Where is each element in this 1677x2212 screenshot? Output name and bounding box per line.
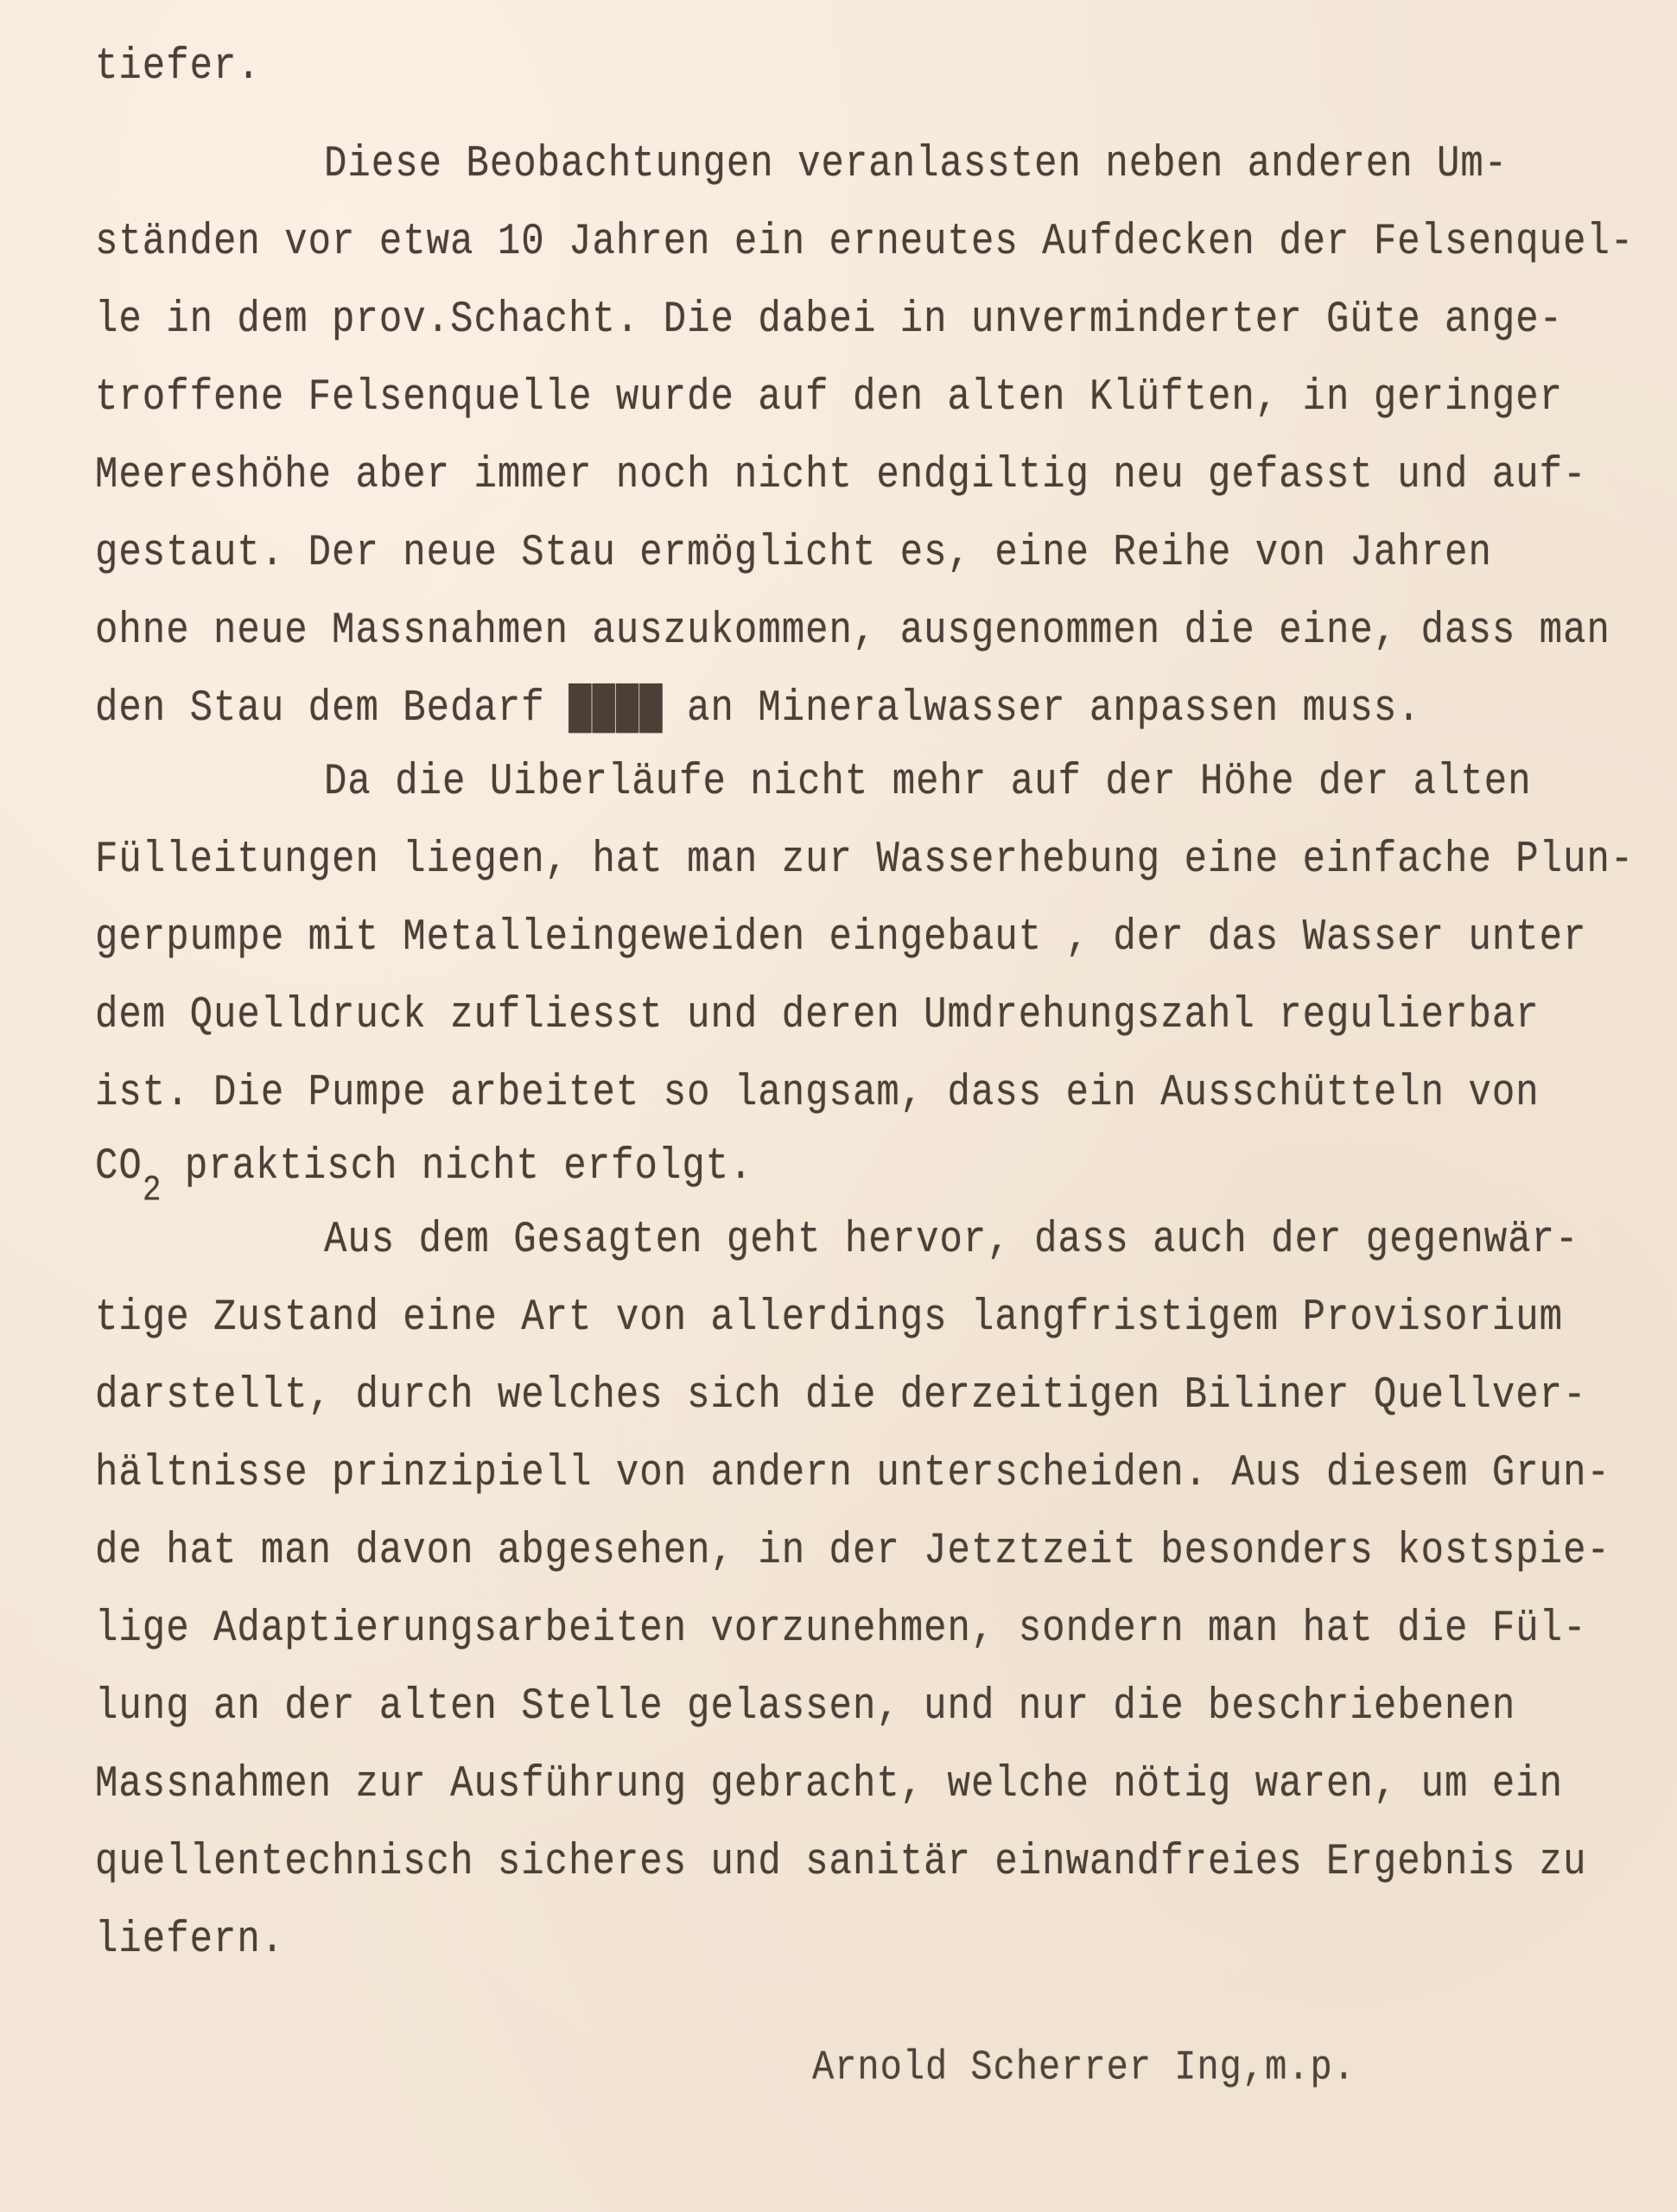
paragraph-1-line-4: troffene Felsenquelle wurde auf den alte… — [95, 376, 1563, 420]
paragraph-1-line-5: Meereshöhe aber immer noch nicht endgilt… — [95, 454, 1586, 498]
paragraph-1-line-6: gestaut. Der neue Stau ermöglicht es, ei… — [95, 531, 1492, 575]
paragraph-3-line-3: darstellt, durch welches sich die derzei… — [95, 1374, 1586, 1418]
paragraph-3-line-4: hältnisse prinzipiell von andern untersc… — [95, 1452, 1610, 1496]
paragraph-3-line-7: lung an der alten Stelle gelassen, und n… — [95, 1685, 1515, 1729]
co2-sentence-end: praktisch nicht erfolgt. — [185, 1142, 753, 1192]
co2-prefix: CO — [95, 1142, 143, 1192]
paragraph-2-line-1: Da die Uiberläufe nicht mehr auf der Höh… — [324, 760, 1532, 804]
text-line-1: tiefer. — [95, 45, 261, 89]
paragraph-3-line-5: de hat man davon abgesehen, in der Jetzt… — [95, 1529, 1610, 1573]
typewritten-page: tiefer. Diese Beobachtungen veranlassten… — [0, 0, 1677, 2212]
paragraph-2-line-6: CO2 praktisch nicht erfolgt. — [95, 1145, 753, 1189]
paragraph-2-line-5: ist. Die Pumpe arbeitet so langsam, dass… — [95, 1071, 1540, 1116]
co2-formula: CO2 — [95, 1142, 161, 1192]
paragraph-1-line-1: Diese Beobachtungen veranlassten neben a… — [324, 143, 1508, 187]
co2-subscript: 2 — [143, 1170, 162, 1211]
paragraph-3-line-10: liefern. — [95, 1918, 284, 1962]
paragraph-1-line-8: den Stau dem Bedarf ████ an Mineralwasse… — [95, 687, 1421, 731]
paragraph-1-line-2: ständen vor etwa 10 Jahren ein erneutes … — [95, 220, 1634, 264]
paragraph-3-line-9: quellentechnisch sicheres und sanitär ei… — [95, 1840, 1586, 1885]
paragraph-3-line-2: tige Zustand eine Art von allerdings lan… — [95, 1296, 1563, 1340]
signature: Arnold Scherrer Ing,m.p. — [812, 2044, 1356, 2091]
paragraph-1-line-7: ohne neue Massnahmen auszukommen, ausgen… — [95, 609, 1610, 653]
paragraph-3-line-8: Massnahmen zur Ausführung gebracht, welc… — [95, 1763, 1563, 1807]
paragraph-3-line-6: lige Adaptierungsarbeiten vorzunehmen, s… — [95, 1607, 1586, 1651]
paragraph-2-line-2: Fülleitungen liegen, hat man zur Wasserh… — [95, 838, 1634, 882]
paragraph-2-line-4: dem Quelldruck zufliesst und deren Umdre… — [95, 994, 1540, 1038]
paragraph-3-line-1: Aus dem Gesagten geht hervor, dass auch … — [324, 1218, 1579, 1262]
paragraph-2-line-3: gerpumpe mit Metalleingeweiden eingebaut… — [95, 916, 1586, 960]
paragraph-1-line-3: le in dem prov.Schacht. Die dabei in unv… — [95, 298, 1563, 342]
